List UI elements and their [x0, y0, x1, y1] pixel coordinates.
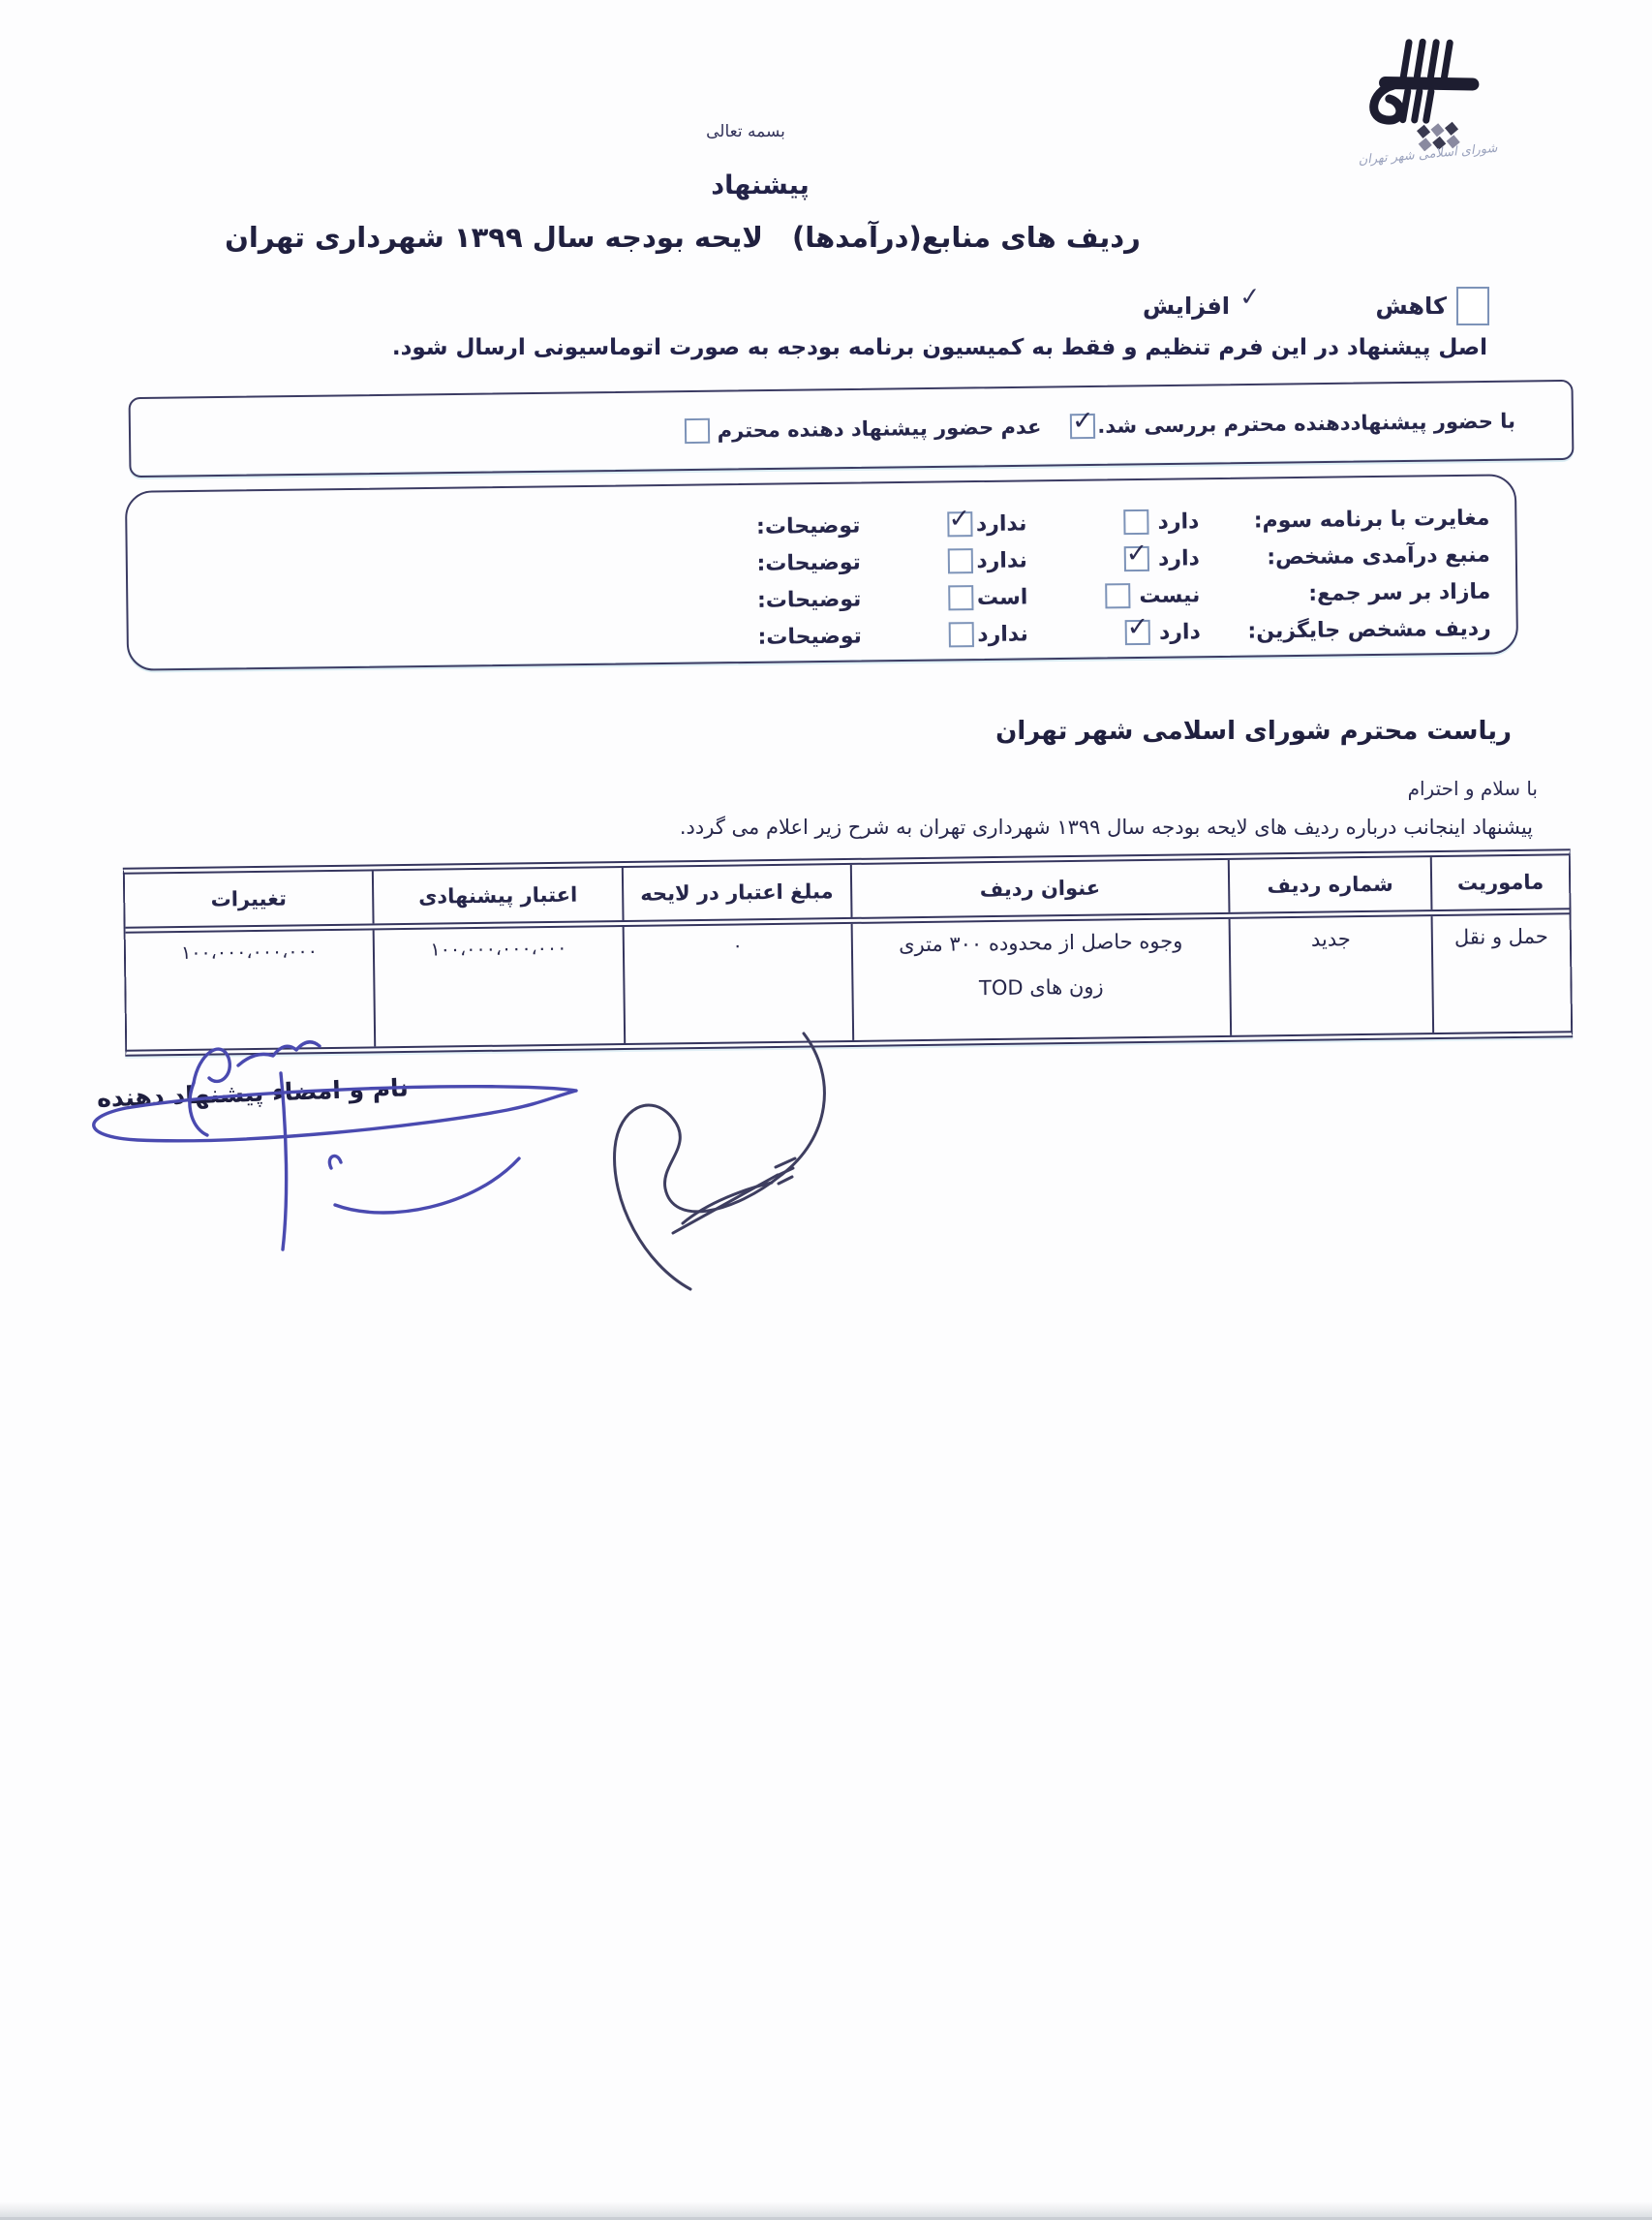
main-title-part1: ردیف های منابع(درآمدها): [792, 221, 1141, 254]
option-label: دارد: [1158, 546, 1200, 571]
option-label: دارد: [1157, 509, 1199, 535]
option-checkbox[interactable]: [947, 511, 972, 537]
row-title-line2: زون های TOD: [979, 975, 1104, 1001]
criteria-label: مازاد بر سر جمع:: [1200, 579, 1490, 607]
option-checkbox[interactable]: [947, 548, 972, 573]
decrease-option: کاهش: [1375, 287, 1489, 325]
cell-mission: حمل و نقل: [1430, 914, 1571, 1033]
form-type-title: پیشنهاد: [663, 170, 857, 200]
main-title-part2: لایحه بودجه سال ۱۳۹۹ شهرداری تهران: [225, 221, 763, 254]
criteria-box: مغایرت با برنامه سوم: دارد ندارد توضیحات…: [125, 474, 1518, 671]
option-checkbox[interactable]: [1105, 583, 1130, 608]
increase-checkmark-icon: ✓: [1239, 282, 1262, 312]
letter-greeting: با سلام و احترام: [1408, 777, 1538, 800]
header-cell-row-number: شماره ردیف: [1228, 857, 1430, 912]
notes-label: توضیحات:: [706, 550, 861, 576]
letter-body: پیشنهاد اینجانب درباره ردیف های لایحه بو…: [680, 816, 1533, 839]
change-direction-options: کاهش ✓ افزایش: [1143, 287, 1489, 325]
decrease-checkbox[interactable]: [1456, 287, 1489, 325]
scan-edge-shadow: [0, 2202, 1652, 2220]
header-cell-row-title: عنوان ردیف: [849, 860, 1228, 917]
reviewed-with-presence-checkbox[interactable]: [1070, 413, 1095, 438]
criteria-label: منبع درآمدی مشخص:: [1200, 542, 1490, 570]
header-cell-bill-amount: مبلغ اعتبار در لایحه: [622, 865, 850, 920]
option-label: ندارد: [976, 548, 1027, 573]
row-title-line1: وجوه حاصل از محدوده ۳۰۰ متری: [899, 929, 1183, 956]
header-cell-changes: تغییرات: [125, 871, 373, 926]
scanned-budget-proposal-form: شورای اسلامی شهر تهران بسمه تعالی پیشنها…: [0, 0, 1652, 2220]
reviewed-without-presence-checkbox[interactable]: [684, 417, 709, 443]
reviewed-without-presence-label: عدم حضور پیشنهاد دهنده محترم: [718, 415, 1042, 442]
letter-salutation: ریاست محترم شورای اسلامی شهر تهران: [995, 717, 1512, 746]
increase-label: افزایش: [1143, 293, 1230, 320]
criteria-label: ردیف مشخص جایگزین:: [1201, 616, 1491, 644]
council-logo: [1363, 37, 1489, 151]
notes-label: توضیحات:: [707, 624, 862, 650]
option-checkbox[interactable]: [1124, 546, 1149, 571]
bismillah: بسمه تعالی: [658, 122, 833, 141]
option-label: دارد: [1159, 620, 1201, 645]
cell-row-number: جدید: [1229, 916, 1432, 1035]
option-checkbox[interactable]: [1125, 620, 1150, 645]
option-checkbox[interactable]: [1123, 509, 1148, 535]
increase-option: ✓ افزایش: [1143, 292, 1261, 321]
option-label: نیست: [1139, 583, 1200, 608]
signature-dark: [528, 1022, 847, 1293]
reviewed-with-presence-label: با حضور پیشنهاددهنده محترم بررسی شد.: [1097, 409, 1515, 437]
decrease-label: کاهش: [1375, 293, 1447, 320]
option-label: است: [977, 585, 1028, 610]
option-label: ندارد: [977, 622, 1028, 647]
review-status-box: با حضور پیشنهاددهنده محترم بررسی شد. عدم…: [129, 380, 1575, 478]
header-cell-proposed-amount: اعتبار پیشنهادی: [372, 868, 623, 923]
main-title: ردیف های منابع(درآمدها)لایحه بودجه سال ۱…: [0, 221, 1365, 254]
instruction-note: اصل پیشنهاد در این فرم تنظیم و فقط به کم…: [392, 335, 1487, 360]
cell-row-title: وجوه حاصل از محدوده ۳۰۰ متری زون های TOD: [850, 919, 1230, 1040]
notes-label: توضیحات:: [705, 513, 860, 540]
option-checkbox[interactable]: [948, 622, 973, 647]
signature-blue: [48, 1015, 591, 1267]
option-label: ندارد: [976, 511, 1027, 537]
criteria-label: مغایرت با برنامه سوم:: [1199, 506, 1489, 534]
notes-label: توضیحات:: [706, 587, 861, 613]
header-cell-mission: ماموریت: [1430, 855, 1570, 910]
logo-mark: [1363, 37, 1489, 151]
option-checkbox[interactable]: [948, 585, 973, 610]
